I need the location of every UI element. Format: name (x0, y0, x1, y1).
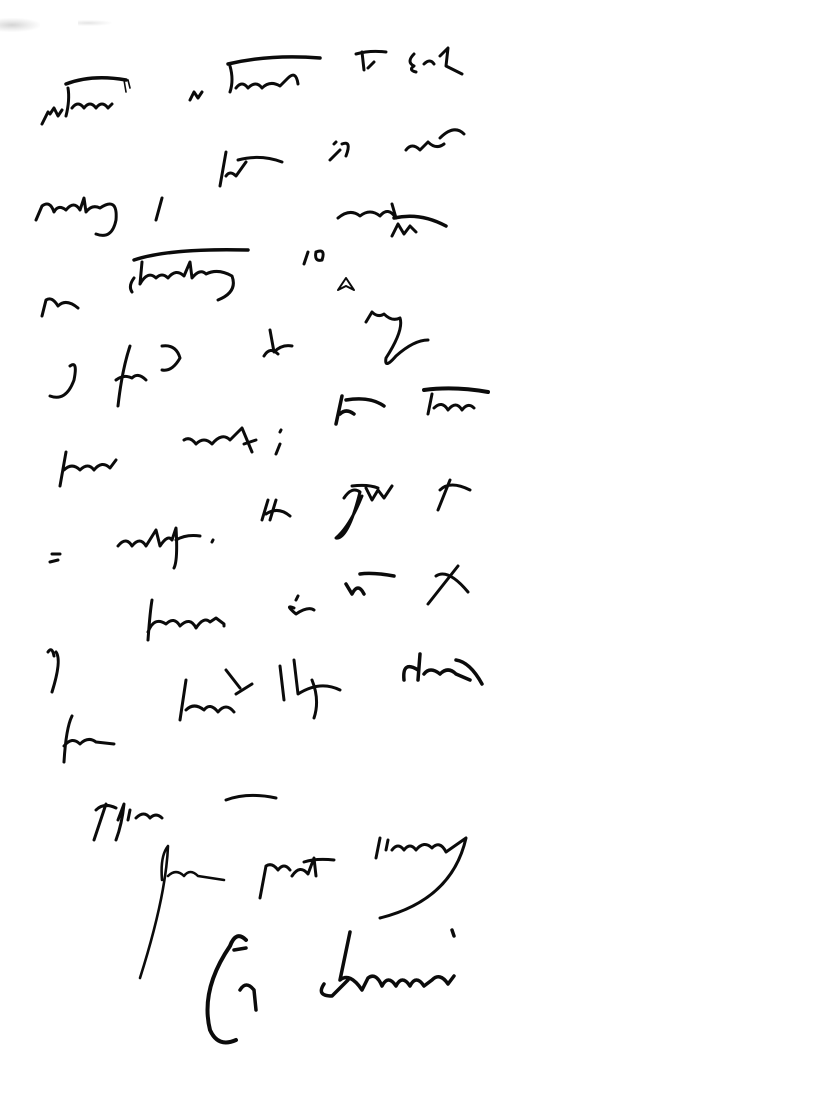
ink-line-8 (64, 654, 482, 762)
ink-line-10 (140, 838, 466, 978)
ink-line-5 (60, 388, 488, 486)
ink-line-3 (42, 204, 446, 316)
ink-line-11 (208, 930, 455, 1042)
letter-page: interest interest to each reading, but i… (0, 0, 825, 1108)
ink-line-6 (50, 480, 470, 568)
ink-line-4 (50, 312, 428, 406)
handwriting-ink (0, 0, 825, 1108)
ink-line-2 (36, 130, 464, 236)
ink-line-9 (94, 795, 276, 840)
ink-line-1 (42, 48, 462, 124)
